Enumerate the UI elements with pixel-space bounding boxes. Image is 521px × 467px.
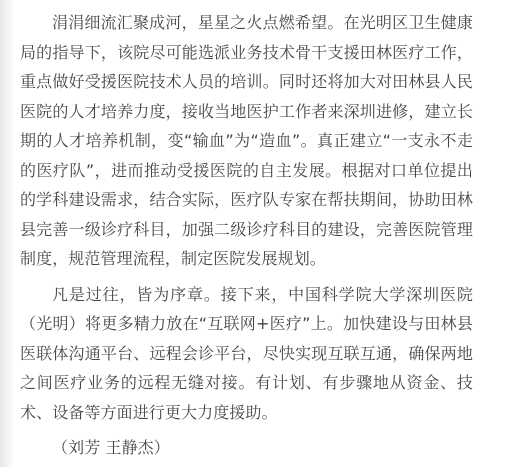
paragraph-medical-support: 涓涓细流汇聚成河，星星之火点燃希望。在光明区卫生健康局的指导下，该院尽可能选派业…: [20, 8, 473, 274]
author-byline: （刘芳 王静杰）: [20, 433, 473, 463]
article-content: 涓涓细流汇聚成河，星星之火点燃希望。在光明区卫生健康局的指导下，该院尽可能选派业…: [0, 0, 521, 467]
paragraph-future-plan: 凡是过往，皆为序章。接下来，中国科学院大学深圳医院（光明）将更多精力放在“互联网…: [20, 280, 473, 428]
